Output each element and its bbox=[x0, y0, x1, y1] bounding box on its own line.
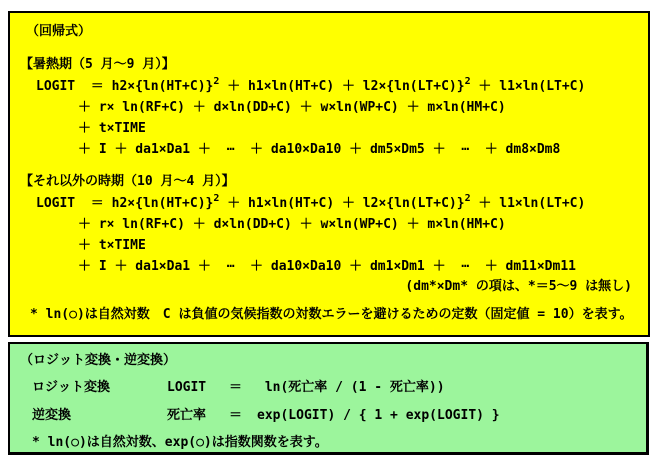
section-hot-period: 【暑熱期（5 月～9 月）】 LOGIT ＝ h2×{ln(HT+C)}2 ＋ … bbox=[20, 54, 648, 160]
section-other-period: 【それ以外の時期（10 月～4 月）】 LOGIT ＝ h2×{ln(HT+C)… bbox=[20, 171, 648, 296]
logit-transform-row: ロジット変換 LOGIT ＝ ln(死亡率 / (1 - 死亡率)) bbox=[20, 376, 646, 400]
formula-line: ＋ r× ln(RF+C) ＋ d×ln(DD+C) ＋ w×ln(WP+C) … bbox=[20, 214, 648, 235]
hot-period-heading: 【暑熱期（5 月～9 月）】 bbox=[20, 54, 648, 76]
formula-text: LOGIT ＝ h2×{ln(HT+C)} bbox=[36, 196, 213, 211]
formula-line: ＋ t×TIME bbox=[20, 118, 648, 139]
formula-line: LOGIT ＝ h2×{ln(HT+C)}2 ＋ h1×ln(HT+C) ＋ l… bbox=[20, 193, 648, 214]
formula-rhs: exp(LOGIT) / { 1 + exp(LOGIT) } bbox=[257, 404, 500, 428]
formula-line: ＋ I ＋ da1×Da1 ＋ ⋯ ＋ da10×Da10 ＋ dm1×Dm1 … bbox=[20, 256, 648, 277]
formula-rhs: ln(死亡率 / (1 - 死亡率)) bbox=[257, 376, 445, 400]
formula-line: ＋ r× ln(RF+C) ＋ d×ln(DD+C) ＋ w×ln(WP+C) … bbox=[20, 97, 648, 118]
formula-text: ＋ l1×ln(LT+C) bbox=[471, 79, 586, 94]
formula-text: ＋ l1×ln(LT+C) bbox=[471, 196, 586, 211]
inverse-transform-row: 逆変換 死亡率 ＝ exp(LOGIT) / { 1 + exp(LOGIT) … bbox=[20, 404, 646, 428]
page: （回帰式） 【暑熱期（5 月～9 月）】 LOGIT ＝ h2×{ln(HT+C… bbox=[0, 0, 660, 464]
dm-terms-note: (dm*×Dm* の項は、*＝5～9 は無し) bbox=[20, 277, 648, 296]
inverse-transform-label: 逆変換 bbox=[20, 404, 167, 428]
formula-lhs: 死亡率 bbox=[167, 404, 229, 428]
regression-footnote: * ln(○)は自然対数 C は負値の気候指数の対数エラーを避けるための定数（固… bbox=[20, 305, 648, 325]
logit-box: （ロジット変換・逆変換） ロジット変換 LOGIT ＝ ln(死亡率 / (1 … bbox=[8, 342, 649, 455]
formula-text: ＋ h1×ln(HT+C) ＋ l2×{ln(LT+C)} bbox=[219, 196, 464, 211]
formula-text: LOGIT ＝ h2×{ln(HT+C)} bbox=[36, 79, 213, 94]
formula-line: ＋ I ＋ da1×Da1 ＋ ⋯ ＋ da10×Da10 ＋ dm5×Dm5 … bbox=[20, 139, 648, 160]
formula-text: ＋ h1×ln(HT+C) ＋ l2×{ln(LT+C)} bbox=[219, 79, 464, 94]
equals-sign: ＝ bbox=[229, 404, 257, 428]
regression-box: （回帰式） 【暑熱期（5 月～9 月）】 LOGIT ＝ h2×{ln(HT+C… bbox=[8, 11, 650, 337]
logit-transform-label: ロジット変換 bbox=[20, 376, 167, 400]
regression-title: （回帰式） bbox=[20, 21, 648, 43]
logit-footnote: * ln(○)は自然対数、exp(○)は指数関数を表す。 bbox=[20, 433, 646, 453]
formula-line: LOGIT ＝ h2×{ln(HT+C)}2 ＋ h1×ln(HT+C) ＋ l… bbox=[20, 76, 648, 97]
logit-title: （ロジット変換・逆変換） bbox=[20, 350, 646, 372]
other-period-heading: 【それ以外の時期（10 月～4 月）】 bbox=[20, 171, 648, 193]
formula-lhs: LOGIT bbox=[167, 376, 229, 400]
formula-line: ＋ t×TIME bbox=[20, 235, 648, 256]
equals-sign: ＝ bbox=[229, 376, 257, 400]
